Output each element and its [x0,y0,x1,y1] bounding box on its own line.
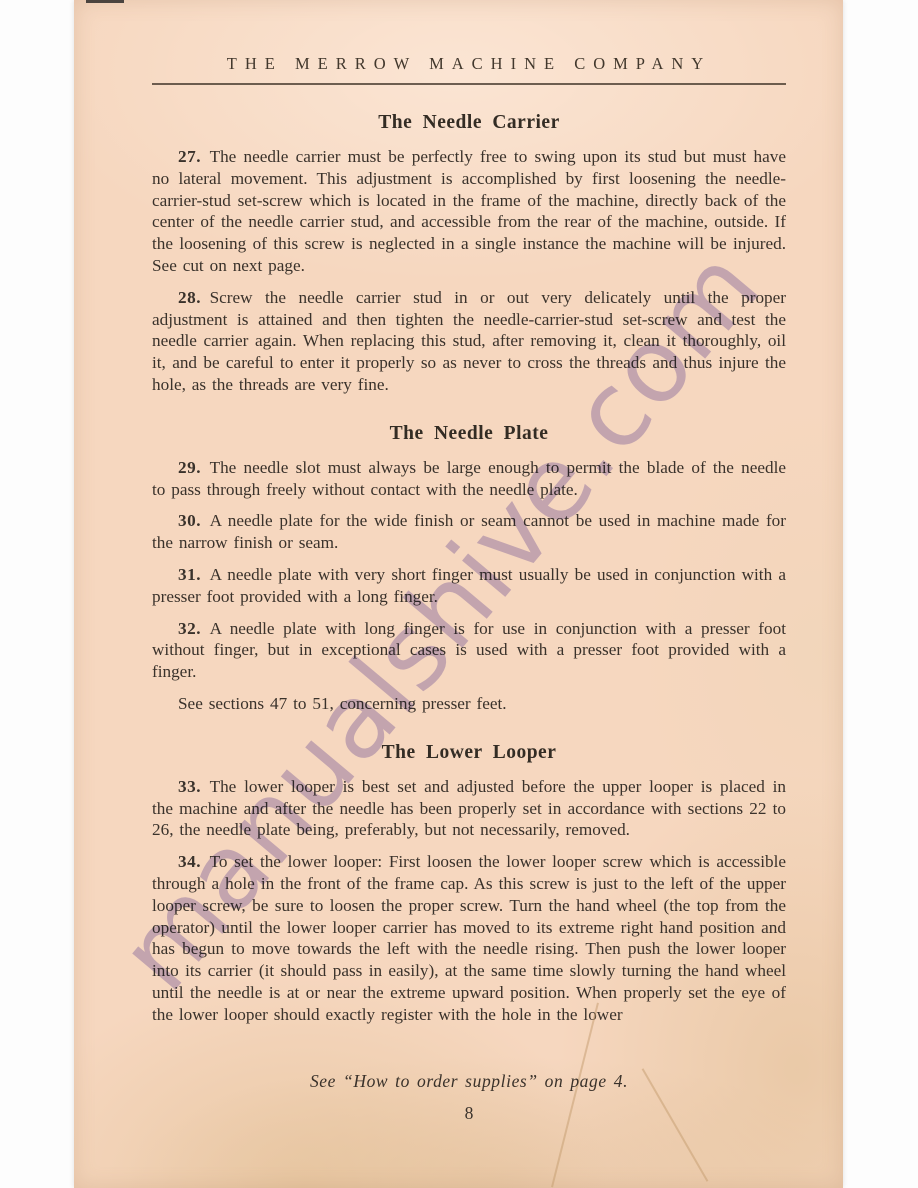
body-paragraph: 29. The needle slot must always be large… [152,457,786,501]
page-content: THE MERROW MACHINE COMPANY The Needle Ca… [152,0,786,1026]
section-heading: The Lower Looper [152,742,786,764]
company-header: THE MERROW MACHINE COMPANY [152,54,786,74]
note-paragraph: See sections 47 to 51, concerning presse… [152,693,786,715]
section-heading: The Needle Plate [152,423,786,445]
paragraph-number: 30. [178,511,201,530]
paragraph-number: 28. [178,288,201,307]
body-paragraph: 34. To set the lower looper: First loose… [152,851,786,1025]
screenshot-root: { "colors": { "paper": "#f6d7bf", "ink":… [0,0,918,1188]
page-number: 8 [152,1103,786,1124]
body-paragraph: 30. A needle plate for the wide finish o… [152,510,786,554]
paragraph-number: 27. [178,147,201,166]
paragraph-number: 34. [178,852,201,871]
paper-stain [551,1003,599,1188]
paragraph-number: 29. [178,458,201,477]
paragraph-number: 32. [178,619,201,638]
body-paragraph: 32. A needle plate with long finger is f… [152,618,786,683]
scanned-page: THE MERROW MACHINE COMPANY The Needle Ca… [74,0,843,1188]
page-body: The Needle Carrier27. The needle carrier… [152,112,786,1026]
body-paragraph: 27. The needle carrier must be perfectly… [152,146,786,277]
header-rule [152,83,786,85]
body-paragraph: 33. The lower looper is best set and adj… [152,776,786,841]
paragraph-number: 31. [178,565,201,584]
body-paragraph: 31. A needle plate with very short finge… [152,564,786,608]
paragraph-number: 33. [178,777,201,796]
section-heading: The Needle Carrier [152,112,786,134]
body-paragraph: 28. Screw the needle carrier stud in or … [152,287,786,396]
footer-note: See “How to order supplies” on page 4. [152,1071,786,1092]
scan-edge-artifact [86,0,124,3]
